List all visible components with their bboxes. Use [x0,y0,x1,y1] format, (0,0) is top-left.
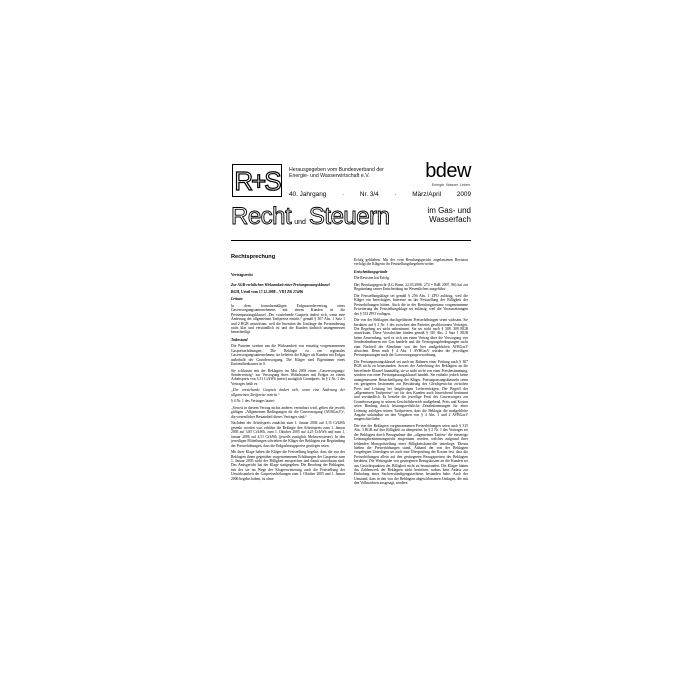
document-page: R+S Herausgegeben vom Bundesverband der … [231,161,471,561]
grounds-label: Entscheidungsgründe [354,270,468,274]
issue-separator: · [342,191,344,198]
paragraph: Das Berufungsgericht (LG Bonn, 22.03.200… [354,283,468,292]
citation: BGH, Urteil vom 17.12.2008 – VIII ZR 274… [231,290,345,294]
rs-logo-text: R+S [234,168,279,194]
leitsatz: In dem formularmäßigen Erdgassondervertr… [231,304,345,335]
journal-title: RechtundSteuern [231,204,421,232]
section-title: Rechtsprechung [231,254,275,260]
grounds-sub: Die Revision hat Erfolg. [354,276,468,280]
leitsatz-label: Leitsatz [231,297,345,301]
rs-logo: R+S [232,164,282,197]
keyword: Vertragsrecht [231,273,345,277]
issue-line: 40. Jahrgang · Nr. 3/4 · März/April 2009 [289,191,471,198]
left-column: Vertragsrecht Zur AGB-rechtlichen Wirksa… [231,273,345,483]
paragraph: Die von der Beklagten vorgenommenen Prei… [354,424,468,486]
paragraph: Die von der Beklagten durchgeführten Pre… [354,318,468,358]
header-rule [231,240,471,241]
masthead: R+S Herausgegeben vom Bundesverband der … [231,161,471,239]
tatbestand-label: Tatbestand [231,338,345,342]
paragraph: Sie schlossen mit der Beklagten im Mai 2… [231,369,345,387]
issue-year: 2009 [457,191,471,198]
paragraph: „Soweit in diesem Vertrag nichts anderes… [231,406,345,419]
paragraph: Erfolg geblieben. Mit der vom Berufungsg… [354,258,468,267]
journal-subject: im Gas- und Wasserfach [423,207,471,224]
paragraph: Die Parteien streiten um die Wirksamkeit… [231,344,345,366]
issue-number: Nr. 3/4 [360,191,379,198]
paragraph: Die Feststellungsklage sei gemäß § 256 A… [354,294,468,316]
issue-period: März/April [412,191,441,198]
right-column: Erfolg geblieben. Mit der vom Berufungsg… [354,258,468,488]
title-recht: Recht [231,203,291,230]
bdew-logo: bdew Energie. Wasser. Leben. [417,161,471,188]
title-steuern: Steuern [309,203,390,230]
issue-separator: · [394,191,396,198]
article-headline: Zur AGB-rechtlichen Wirksamkeit einer Pr… [231,283,345,287]
bdew-wordmark: bdew [417,161,471,181]
paragraph: Mit ihrer Klage haben die Kläger die Fes… [231,450,345,481]
title-und: und [294,219,306,226]
paragraph: § 4 Nr. 1 des Vertrages lautet: [231,399,345,403]
paragraph: Die Preisanpassungsklausel sei auch im R… [354,360,468,422]
paragraph: Nachdem der Arbeitspreis zunächst zum 1.… [231,421,345,447]
issue-volume: 40. Jahrgang [289,191,326,198]
paragraph: „Der vorstehende Gaspreis ändert sich, w… [231,388,345,397]
bdew-tagline: Energie. Wasser. Leben. [417,183,471,188]
publisher-line: Herausgegeben vom Bundesverband der Ener… [289,167,399,179]
